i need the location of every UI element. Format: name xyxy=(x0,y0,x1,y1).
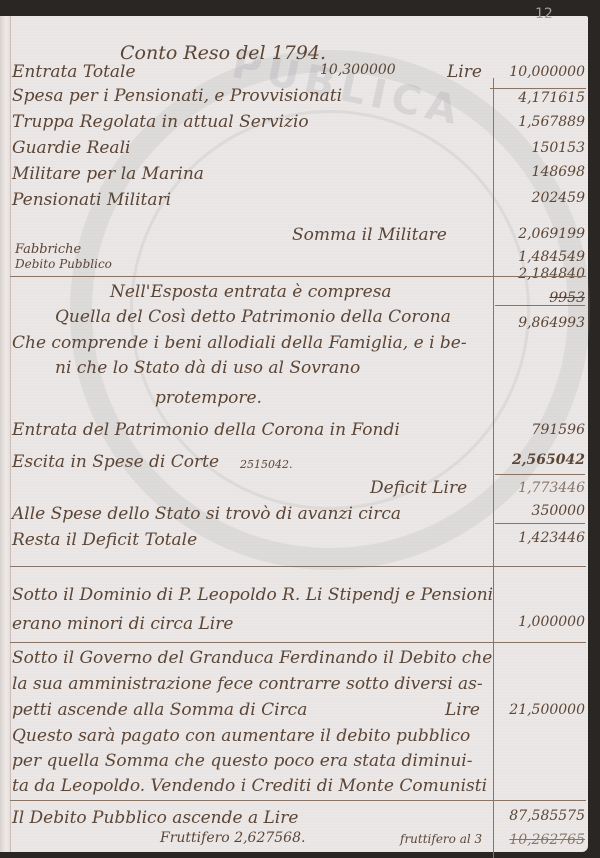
note-line: Sotto il Governo del Granduca Ferdinando… xyxy=(12,648,492,668)
note-line: erano minori di circa Lire xyxy=(12,614,233,634)
deficit-value: 1,773446 xyxy=(497,480,585,496)
section-divider xyxy=(10,800,586,801)
row-value: 1,000000 xyxy=(497,614,585,630)
row-value: 148698 xyxy=(497,164,585,180)
row-label: Militare per la Marina xyxy=(12,164,204,184)
row-value: 150153 xyxy=(497,140,585,156)
row-label: Debito Pubblico xyxy=(15,257,112,271)
document-title: Conto Reso del 1794. xyxy=(120,42,326,64)
note-line: la sua amministrazione fece contrarre so… xyxy=(12,674,483,694)
page-number: 12 xyxy=(535,6,553,22)
note-line: ni che lo Stato dà di uso al Sovrano xyxy=(55,358,360,378)
row-value: 202459 xyxy=(497,190,585,206)
row-value: 10,000000 xyxy=(497,64,585,80)
note-line: petti ascende alla Somma di Circa xyxy=(12,700,307,720)
row-label: Entrata del Patrimonio della Corona in F… xyxy=(12,420,400,440)
row-value: 1,484549 xyxy=(497,249,585,265)
row-label: Alle Spese dello Stato si trovò di avanz… xyxy=(12,504,401,524)
footer-value: 87,585575 xyxy=(497,808,585,824)
note-line: Che comprende i beni allodiali della Fam… xyxy=(12,333,467,353)
footer-struck-value: 10,262765 xyxy=(497,832,585,848)
row-value: 791596 xyxy=(497,422,585,438)
row-unit: Lire xyxy=(445,700,480,720)
row-value: 2,184840 xyxy=(497,266,585,282)
row-value: 21,500000 xyxy=(497,702,585,718)
row-label: Spesa per i Pensionati, e Provvisionati xyxy=(12,86,342,106)
row-value: 350000 xyxy=(497,503,585,519)
row-label: Entrata Totale xyxy=(12,62,136,82)
divider xyxy=(495,474,585,475)
footer-label: Il Debito Pubblico ascende a Lire xyxy=(12,808,298,828)
deficit-label: Deficit Lire xyxy=(370,478,467,498)
row-mid-value: 2515042. xyxy=(240,458,293,471)
note-line: Questo sarà pagato con aumentare il debi… xyxy=(12,726,470,746)
section-divider xyxy=(10,566,586,567)
row-value: 2,565042 xyxy=(497,452,585,468)
note-line: Nell'Esposta entrata è compresa xyxy=(110,282,392,302)
section-divider xyxy=(10,276,586,277)
row-label: Truppa Regolata in attual Servizio xyxy=(12,112,309,132)
footer-note-mid: fruttifero al 3 xyxy=(400,832,482,846)
row-label: Escita in Spese di Corte xyxy=(12,452,219,472)
row-label: Guardie Reali xyxy=(12,138,130,158)
row-value: 4,171615 xyxy=(497,90,585,106)
note-line: Quella del Così detto Patrimonio della C… xyxy=(55,307,451,327)
subtotal-label: Somma il Militare xyxy=(292,225,447,245)
divider xyxy=(495,305,585,306)
subtotal-value: 2,069199 xyxy=(497,226,585,242)
row-label: Resta il Deficit Totale xyxy=(12,530,197,550)
row-label: Pensionati Militari xyxy=(12,190,171,210)
divider xyxy=(490,88,586,89)
note-line: Sotto il Dominio di P. Leopoldo R. Li St… xyxy=(12,585,493,605)
row-value: 1,423446 xyxy=(497,530,585,546)
note-line: protempore. xyxy=(155,388,262,408)
row-label: Fabbriche xyxy=(15,242,81,257)
patrimonio-value: 9,864993 xyxy=(497,315,585,331)
section-divider xyxy=(10,642,586,643)
struck-value: 9953 xyxy=(497,290,585,306)
note-line: ta da Leopoldo. Vendendo i Crediti di Mo… xyxy=(12,776,487,796)
divider xyxy=(495,523,585,524)
footer-note-left: Fruttifero 2,627568. xyxy=(160,830,305,846)
value-column-rule xyxy=(493,78,494,858)
row-value: 1,567889 xyxy=(497,114,585,130)
note-line: per quella Somma che questo poco era sta… xyxy=(12,751,472,771)
row-unit: Lire xyxy=(447,62,482,82)
page-binding xyxy=(0,16,11,852)
row-mid-value: 10,300000 xyxy=(320,62,396,78)
